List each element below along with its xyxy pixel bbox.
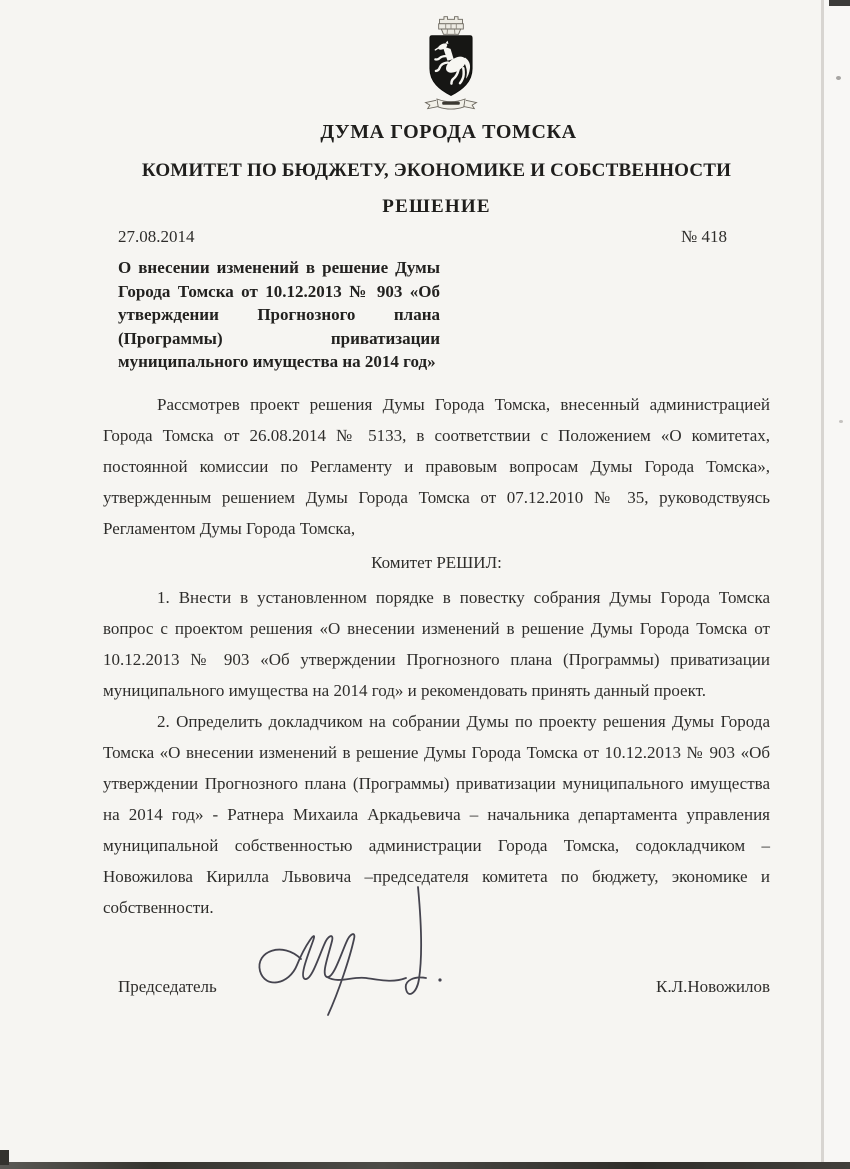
scan-corner-mark [829, 0, 850, 6]
subject-block: О внесении изменений в решение Думы Горо… [118, 256, 440, 374]
signature-row: Председатель К.Л.Новожилов [103, 951, 770, 997]
document-date: 27.08.2014 [118, 227, 195, 247]
scanned-document-page: ДУМА ГОРОДА ТОМСКА КОМИТЕТ ПО БЮДЖЕТУ, Э… [0, 0, 850, 1169]
signer-name: К.Л.Новожилов [656, 977, 770, 997]
scan-edge-line [821, 0, 824, 1169]
preamble-paragraph: Рассмотрев проект решения Думы Города То… [103, 389, 770, 544]
document-type-title: РЕШЕНИЕ [103, 196, 770, 218]
scan-edge-strip [824, 0, 850, 1169]
committee-title: КОМИТЕТ ПО БЮДЖЕТУ, ЭКОНОМИКЕ И СОБСТВЕН… [103, 160, 770, 182]
crown-icon [438, 17, 463, 35]
document-content: ДУМА ГОРОДА ТОМСКА КОМИТЕТ ПО БЮДЖЕТУ, Э… [103, 0, 770, 997]
signer-title: Председатель [103, 977, 217, 997]
resolution-item-1: 1. Внести в установленном порядке в пове… [103, 582, 770, 706]
scan-bottom-shadow [0, 1162, 850, 1169]
scan-speck [839, 420, 843, 423]
tomsk-coat-of-arms-icon [407, 14, 495, 118]
document-number: № 418 [681, 227, 727, 247]
ribbon-motto-text [442, 102, 460, 105]
resolution-heading: Комитет РЕШИЛ: [103, 547, 770, 578]
organization-title: ДУМА ГОРОДА ТОМСКА [115, 121, 782, 144]
meta-row: 27.08.2014 № 418 [103, 227, 770, 247]
ribbon-banner [425, 99, 476, 109]
scan-bottom-left-mark [0, 1150, 9, 1165]
resolution-item-2: 2. Определить докладчиком на собрании Ду… [103, 706, 770, 923]
scan-speck [836, 76, 841, 80]
